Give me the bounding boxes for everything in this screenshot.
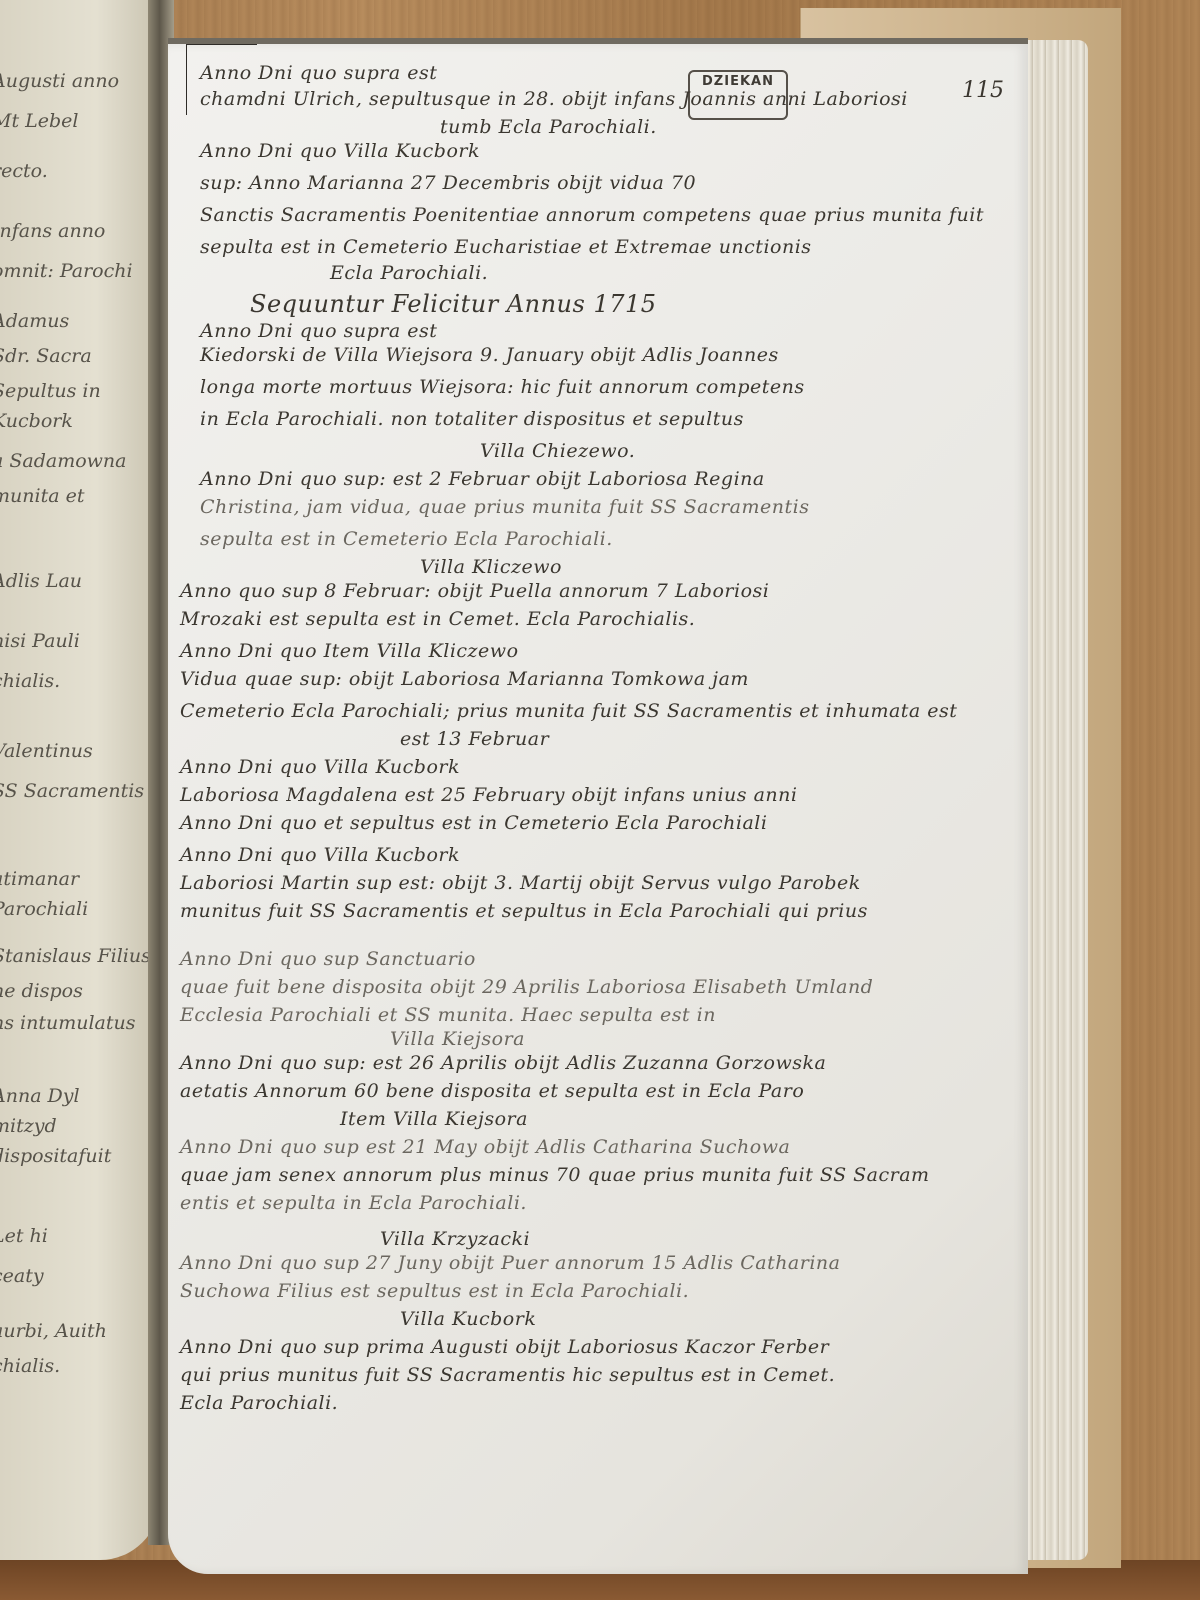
- left-page-line: Augusti anno: [0, 70, 119, 92]
- manuscript-line: Anno Dni quo Villa Kucbork: [180, 844, 460, 866]
- manuscript-line: Anno Dni quo sup est 21 May obijt Adlis …: [180, 1136, 790, 1158]
- left-page-line: recto.: [0, 160, 48, 182]
- manuscript-line: entis et sepulta in Ecla Parochiali.: [180, 1192, 527, 1214]
- manuscript-line: chamdni Ulrich, sepultusque in 28. obijt…: [200, 88, 908, 110]
- manuscript-line: Anno Dni quo Item Villa Kliczewo: [180, 640, 519, 662]
- manuscript-line: Anno Dni quo et sepultus est in Cemeteri…: [180, 812, 767, 834]
- manuscript-line: Villa Kliczewo: [420, 556, 562, 578]
- left-page-line: mitzyd: [0, 1115, 57, 1137]
- manuscript-line: tumb Ecla Parochiali.: [440, 116, 657, 138]
- manuscript-line: sup: Anno Marianna 27 Decembris obijt vi…: [200, 172, 696, 194]
- manuscript-line: Villa Chiezewo.: [480, 440, 635, 462]
- manuscript-line: munitus fuit SS Sacramentis et sepultus …: [180, 900, 868, 922]
- manuscript-line: Laboriosi Martin sup est: obijt 3. Marti…: [180, 872, 861, 894]
- left-page-line: ne dispos: [0, 980, 83, 1002]
- manuscript-line: sepulta est in Cemeterio Ecla Parochiali…: [200, 528, 613, 550]
- manuscript-line: Ecclesia Parochiali et SS munita. Haec s…: [180, 1004, 716, 1026]
- manuscript-line: sepulta est in Cemeterio Eucharistiae et…: [200, 236, 812, 258]
- manuscript-line: Mrozaki est sepulta est in Cemet. Ecla P…: [180, 608, 695, 630]
- manuscript-line: Sanctis Sacramentis Poenitentiae annorum…: [200, 204, 984, 226]
- left-page-line: Valentinus: [0, 740, 93, 762]
- manuscript-line: Suchowa Filius est sepultus est in Ecla …: [180, 1280, 689, 1302]
- left-page-line: Sepultus in: [0, 380, 101, 402]
- left-page-line: SS Sacramentis: [0, 780, 144, 802]
- manuscript-line: Anno Dni quo sup Sanctuario: [180, 948, 476, 970]
- manuscript-line: longa morte mortuus Wiejsora: hic fuit a…: [200, 376, 805, 398]
- manuscript-line: Villa Krzyzacki: [380, 1228, 530, 1250]
- left-page-line: nisi Pauli: [0, 630, 80, 652]
- left-page-line: Anna Dyl: [0, 1085, 80, 1107]
- manuscript-line: in Ecla Parochiali. non totaliter dispos…: [200, 408, 744, 430]
- left-page-line: dispositafuit: [0, 1145, 111, 1167]
- manuscript-line: Kiedorski de Villa Wiejsora 9. January o…: [200, 344, 779, 366]
- manuscript-line: Anno Dni quo sup: est 26 Aprilis obijt A…: [180, 1052, 826, 1074]
- page-number: 115: [962, 78, 1004, 103]
- left-page: Augusti annoMt Lebelrecto.Infans annoomn…: [0, 0, 160, 1560]
- left-page-line: chialis.: [0, 670, 60, 692]
- left-page-line: Adlis Lau: [0, 570, 82, 592]
- manuscript-line: Christina, jam vidua, quae prius munita …: [200, 496, 809, 518]
- left-page-line: atimanar: [0, 868, 79, 890]
- manuscript-line: Anno Dni quo Villa Kucbork: [200, 140, 480, 162]
- left-page-line: munita et: [0, 485, 84, 507]
- manuscript-line: Cemeterio Ecla Parochiali; prius munita …: [180, 700, 957, 722]
- manuscript-line: Anno Dni quo sup prima Augusti obijt Lab…: [180, 1336, 829, 1358]
- manuscript-line: Vidua quae sup: obijt Laboriosa Marianna…: [180, 668, 749, 690]
- manuscript-line: Anno Dni quo supra est: [200, 62, 437, 84]
- manuscript-line: Anno quo sup 8 Februar: obijt Puella ann…: [180, 580, 769, 602]
- manuscript-line: Villa Kucbork: [400, 1308, 536, 1330]
- left-page-line: Sdr. Sacra: [0, 345, 92, 367]
- manuscript-line: Anno Dni quo supra est: [200, 320, 437, 342]
- left-page-line: Let hi: [0, 1225, 48, 1247]
- manuscript-line: Sequuntur Felicitur Annus 1715: [250, 290, 657, 318]
- manuscript-line: Anno Dni quo sup: est 2 Februar obijt La…: [200, 468, 765, 490]
- manuscript-line: Anno Dni quo Villa Kucbork: [180, 756, 460, 778]
- manuscript-line: aetatis Annorum 60 bene disposita et sep…: [180, 1080, 804, 1102]
- manuscript-line: Villa Kiejsora: [390, 1028, 525, 1050]
- page-edges-stack: [1020, 40, 1088, 1560]
- manuscript-line: Ecla Parochiali.: [180, 1392, 338, 1414]
- manuscript-line: qui prius munitus fuit SS Sacramentis hi…: [180, 1364, 835, 1386]
- left-page-line: Kucbork: [0, 410, 73, 432]
- manuscript-line: Item Villa Kiejsora: [340, 1108, 528, 1130]
- manuscript-line: Ecla Parochiali.: [330, 262, 488, 284]
- left-page-line: chialis.: [0, 1355, 60, 1377]
- left-page-line: ns intumulatus: [0, 1012, 136, 1034]
- manuscript-line: quae fuit bene disposita obijt 29 Aprili…: [180, 976, 873, 998]
- left-page-line: Stanislaus Filius: [0, 945, 151, 967]
- left-page-line: a Sadamowna: [0, 450, 126, 472]
- left-page-line: Parochiali: [0, 898, 88, 920]
- manuscript-line: est 13 Februar: [400, 728, 549, 750]
- manuscript-line: quae jam senex annorum plus minus 70 qua…: [180, 1164, 930, 1186]
- left-page-line: Mt Lebel: [0, 110, 78, 132]
- left-page-line: ceaty: [0, 1265, 44, 1287]
- stamp-text: DZIEKAN: [702, 74, 774, 89]
- manuscript-line: Anno Dni quo sup 27 Juny obijt Puer anno…: [180, 1252, 841, 1274]
- left-page-line: aurbi, Auith: [0, 1320, 107, 1342]
- left-page-line: Infans anno: [0, 220, 105, 242]
- manuscript-line: Laboriosa Magdalena est 25 February obij…: [180, 784, 797, 806]
- left-page-line: omnit: Parochi: [0, 260, 133, 282]
- left-page-line: Adamus: [0, 310, 69, 332]
